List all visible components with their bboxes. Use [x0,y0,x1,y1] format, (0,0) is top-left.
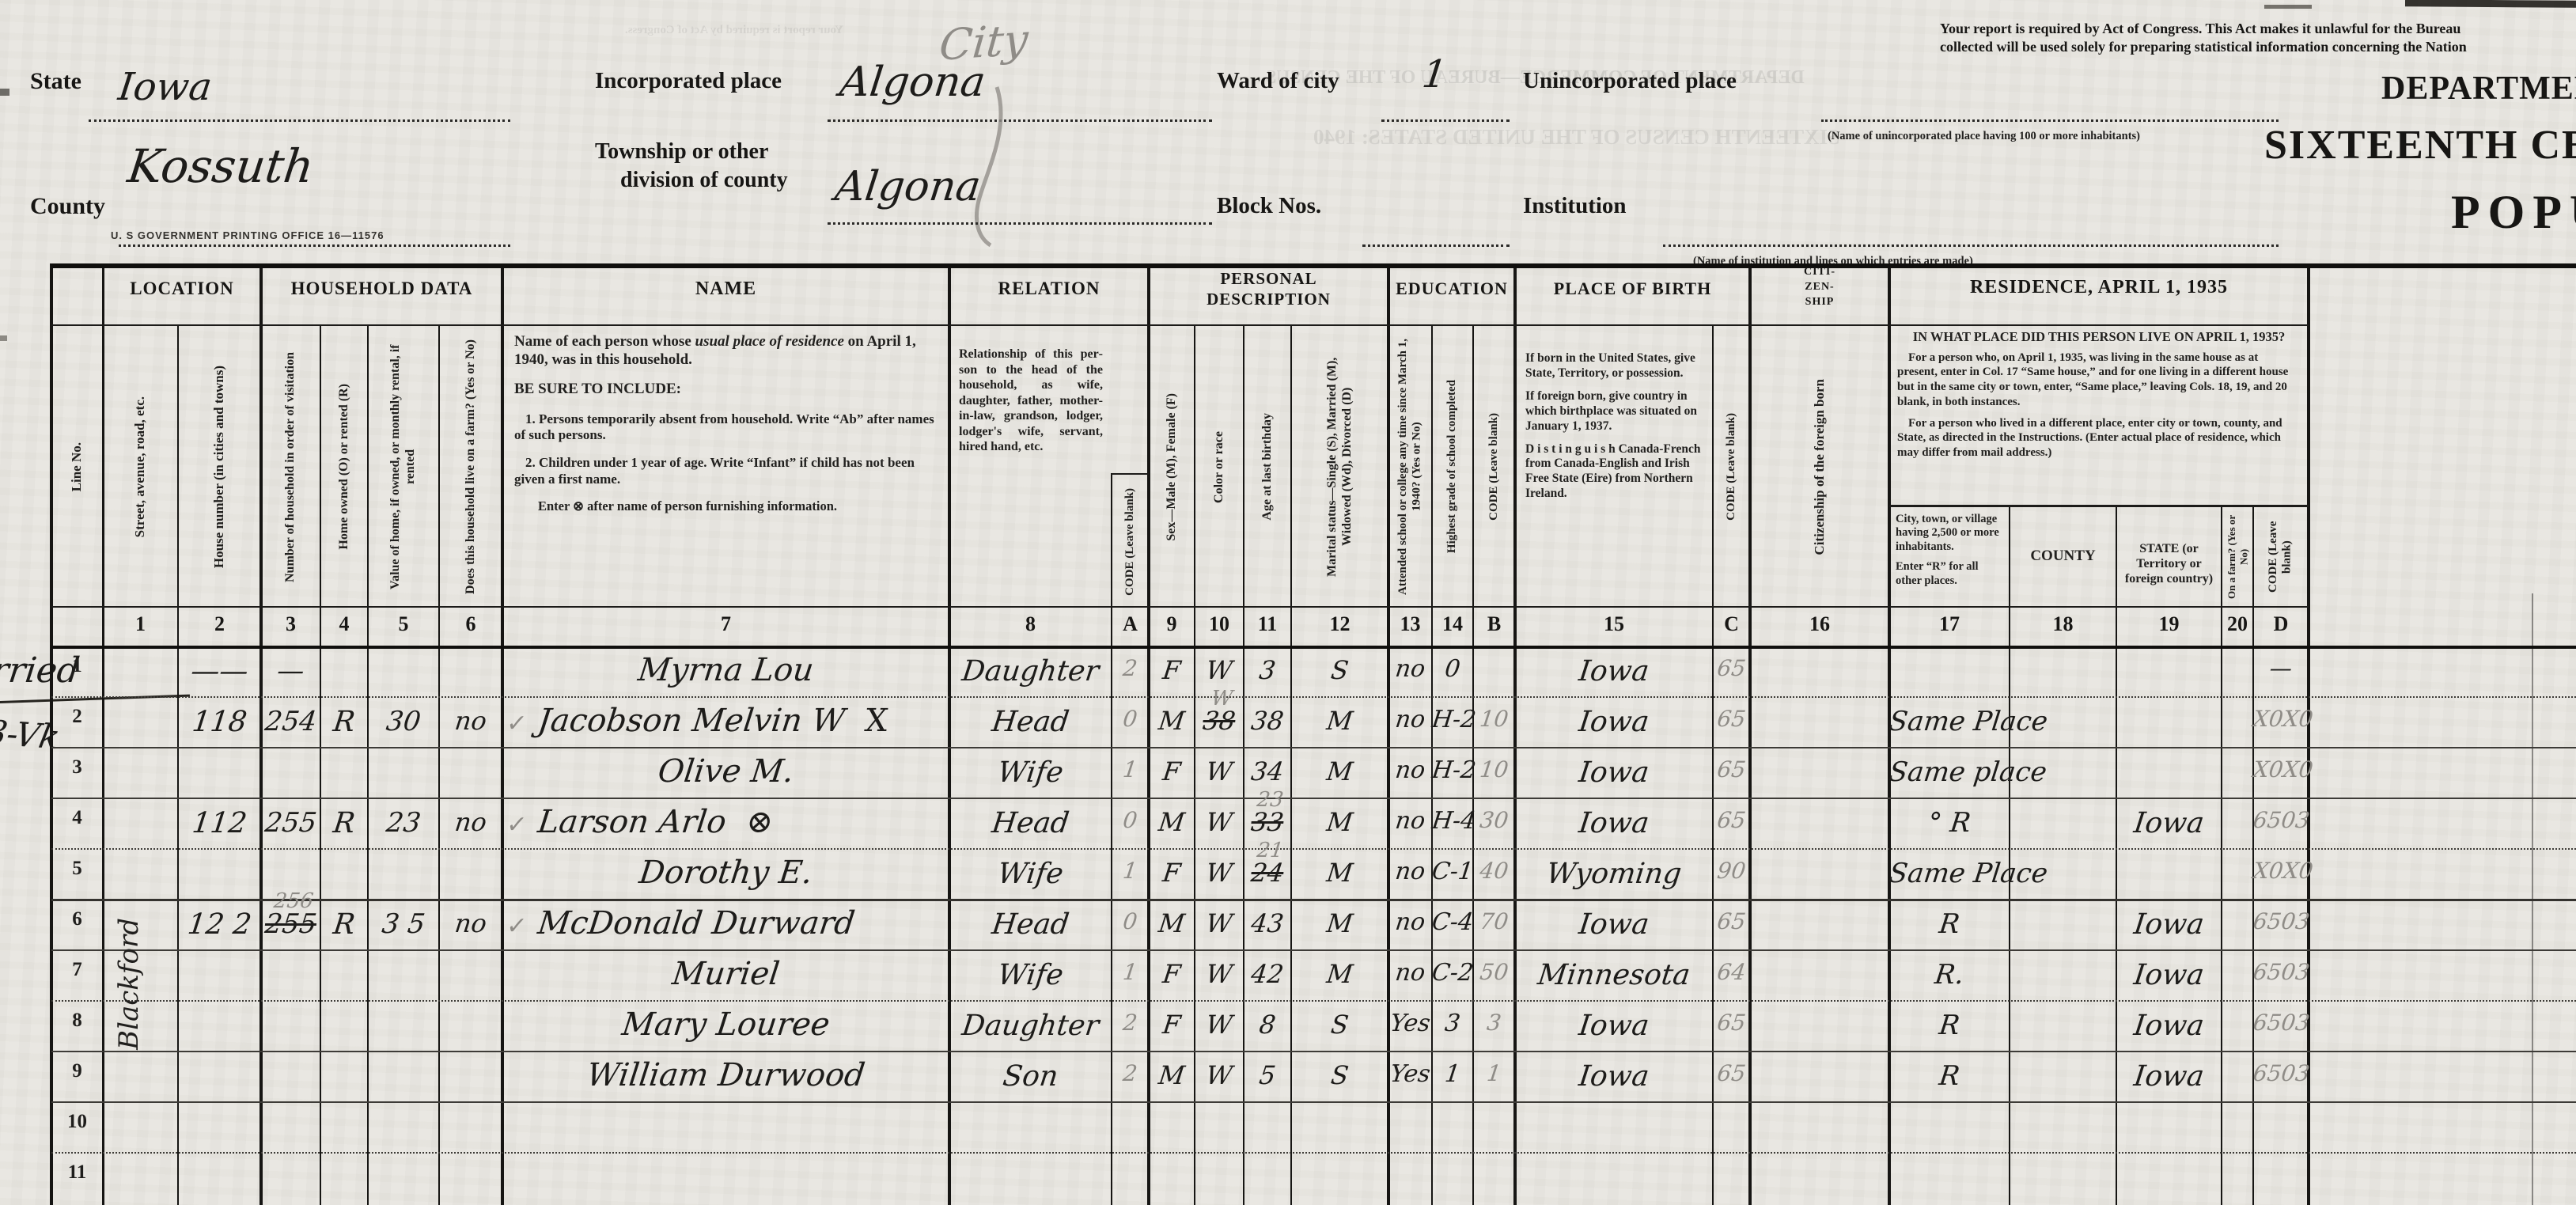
cell-farm-line2: no [438,706,505,736]
cell-code_b-line5: 40 [1472,858,1517,884]
table-row: 9Son2MW5SYes11Iowa65RIowa6503William Dur… [0,1051,2576,1101]
cell-code_a-line6: 0 [1110,908,1150,934]
act-of-congress-notice-line1: Your report is required by Act of Congre… [1940,21,2460,37]
cell-code_a-line8: 2 [1110,1010,1150,1036]
column-number-16: 16 [1750,612,1889,636]
cell-birthplace-line3: Iowa [1513,756,1714,789]
col-race: Color or race [1196,328,1242,606]
cell-value-line2: 30 [366,706,441,737]
col-code-d-text: CODE (Leave blank) [2267,513,2294,601]
scan-artifact [0,89,9,96]
grid-hline [51,606,2309,608]
cell-code_d-line2: X0X0 [2252,706,2310,732]
cell-household-line6: 256255 [259,908,323,940]
cell-sex-line7: F [1147,959,1197,989]
cell-relation-line7: Wife [947,959,1113,991]
ward-value: 1 [1420,52,1449,97]
gpo-imprint: U. S GOVERNMENT PRINTING OFFICE 16—11576 [111,229,385,241]
col-home-value: Value of home, if owned, or monthly rent… [369,328,438,606]
col-age-text: Age at last birthday [1260,413,1275,521]
cell-birthplace-line9: Iowa [1513,1060,1714,1093]
col-code-a-text: CODE (Leave blank) [1123,488,1138,596]
cell-relation-line4: Head [947,807,1113,839]
col-on-farm-text: Does this household live on a farm? (Yes… [464,339,479,594]
column-number-11: 11 [1244,612,1291,636]
cell-grade-line7: C-2 [1430,959,1475,987]
cell-code_c-line6: 65 [1711,908,1752,934]
cell-res_state-line8: Iowa [2114,1010,2223,1042]
group-personal-1: PERSONAL [1149,269,1388,289]
cell-relation-line3: Wife [947,756,1113,789]
cell-res_city-line7: R. [1888,959,2012,991]
cell-age-line7: 42 [1242,959,1294,989]
bleedthrough-text: SIXTEENTH CENSUS OF THE UNITED STATES: 1… [1313,125,1839,150]
column-number-1: 1 [103,612,178,636]
cell-code_d-line1: — [2252,655,2310,681]
cell-sex-line4: M [1147,807,1197,837]
cell-school-line1: no [1387,655,1434,683]
col-school-text: Attended school or college any time sinc… [1396,333,1424,601]
cell-grade-line9: 1 [1430,1060,1475,1088]
cell-house-line4: 112 [176,807,263,839]
cell-line-line3: 3 [51,756,103,779]
cell-value-line6: 3 5 [366,908,441,940]
col-code-c: CODE (Leave blank) [1714,328,1748,606]
cell-line-line11: 11 [51,1161,103,1184]
cell-race-line6: W [1193,908,1246,938]
cell-school-line8: Yes [1387,1010,1434,1037]
cell-birthplace-line7: Minnesota [1513,959,1714,991]
cell-code_b-line9: 1 [1472,1060,1517,1086]
scan-artifact [0,335,7,341]
cell-school-line3: no [1387,756,1434,784]
cell-age-line8: 8 [1242,1010,1294,1040]
cell-code_d-line3: X0X0 [2252,756,2310,782]
col-code-a: CODE (Leave blank) [1113,478,1147,606]
cell-name-line3: Olive M. [500,753,952,790]
cell-code_d-line6: 6503 [2252,908,2310,934]
population-title: POPU [2451,185,2576,240]
cell-marital-line9: S [1290,1060,1391,1090]
cell-marital-line8: S [1290,1010,1391,1040]
state-line [89,119,510,122]
cell-race-line1: W [1193,655,1246,685]
cell-code_c-line8: 65 [1711,1010,1752,1036]
col-res-state-header: STATE (or Territory or foreign country) [2119,541,2219,587]
col-res-city-header: City, town, or village having 2,500 or m… [1896,513,2005,596]
col-school: Attended school or college any time sinc… [1390,328,1430,606]
col-code-b: CODE (Leave blank) [1475,328,1513,606]
col-house-number: House number (in cities and towns) [180,328,259,606]
cell-school-line9: Yes [1387,1060,1434,1088]
unincorporated-caption: (Name of unincorporated place having 100… [1828,130,2140,143]
cell-sex-line1: F [1147,655,1197,685]
column-number-17: 17 [1889,612,2010,636]
cell-sex-line8: F [1147,1010,1197,1040]
cell-res_city-line5: Same Place [1888,858,2012,889]
cell-name-line9: William Durwood [500,1057,952,1093]
table-row: 8Daughter2FW8SYes33Iowa65RIowa6503Mary L… [0,1000,2576,1051]
group-citizenship: CITI- [1750,266,1889,279]
cell-code_b-line4: 30 [1472,807,1517,833]
cell-code_b-line7: 50 [1472,959,1517,985]
relation-instructions: Relationship of this per­son to the head… [959,347,1103,455]
cell-line-line2: 2 [51,706,103,728]
column-number-15: 15 [1515,612,1713,636]
col-grade: Highest grade of school completed [1434,328,1472,606]
cell-farm-line6: no [438,908,505,938]
cell-code_c-line1: 65 [1711,655,1752,681]
cell-birthplace-line8: Iowa [1513,1010,1714,1042]
cell-name-line1: Myrna Lou [500,652,952,688]
scan-artifact [2264,5,2312,9]
column-number-12: 12 [1291,612,1388,636]
unincorporated-line [1821,119,2279,122]
column-number-19: 19 [2116,612,2222,636]
cell-line-line6: 6 [51,908,103,930]
county-line [119,244,510,247]
cell-relation-line5: Wife [947,858,1113,890]
col-home-owned-text: Home owned (O) or rented (R) [337,384,352,550]
col-household-number-text: Number of household in order of visitati… [283,352,298,582]
census-title: SIXTEENTH CE [2264,122,2576,169]
cell-res_state-line9: Iowa [2114,1060,2223,1093]
group-name: NAME [502,279,949,300]
cell-birthplace-line6: Iowa [1513,908,1714,941]
cell-race-line7: W [1193,959,1246,989]
cell-birthplace-line5: Wyoming [1513,858,1714,890]
cell-relation-line9: Son [947,1060,1113,1093]
cell-house-line6: 12 2 [176,908,263,941]
cell-relation-line1: Daughter [947,655,1113,688]
cell-name-line4: ✓Larson Arlo⊗ [500,804,968,840]
cell-line-line9: 9 [51,1060,103,1082]
cell-sex-line2: M [1147,706,1197,736]
street-name-annotation: Blackford [106,892,152,1074]
cell-race-line8: W [1193,1010,1246,1040]
cell-code_d-line7: 6503 [2252,959,2310,985]
township-label-line2: division of county [620,168,788,193]
cell-grade-line8: 3 [1430,1010,1475,1037]
cell-relation-line2: Head [947,706,1113,738]
col-age: Age at last birthday [1245,328,1290,606]
township-label-line1: Township or other [595,139,768,165]
cell-house-line2: 118 [176,706,263,738]
block-label: Block Nos. [1217,193,1321,219]
cell-name-line6: ✓McDonald Durward [500,905,968,942]
cell-birthplace-line2: Iowa [1513,706,1714,738]
ward-label: Ward of city [1217,68,1339,94]
group-education: EDUCATION [1388,279,1515,299]
grid-hline [1112,473,1149,475]
table-row: 612 2256255R3 5noHead0MW43MnoC-470Iowa65… [0,899,2576,949]
cell-res_state-line7: Iowa [2114,959,2223,991]
table-row: 7Wife1FW42MnoC-250Minnesota64R.Iowa6503M… [0,949,2576,1000]
cell-code_d-line4: 6503 [2252,807,2310,833]
col-race-text: Color or race [1212,431,1227,503]
cell-code_b-line8: 3 [1472,1010,1517,1036]
cell-sex-line5: F [1147,858,1197,888]
col-grade-text: Highest grade of school completed [1445,380,1460,553]
column-number-7: 7 [502,612,949,636]
column-number-3: 3 [261,612,320,636]
cell-code_b-line2: 10 [1472,706,1517,732]
cell-race-line2: W38 [1193,706,1246,736]
cell-code_c-line3: 65 [1711,756,1752,782]
cell-marital-line6: M [1290,908,1391,938]
cell-code_b-line3: 10 [1472,756,1517,782]
cell-marital-line4: M [1290,807,1391,837]
column-number-C: C [1713,612,1750,636]
column-number-9: 9 [1149,612,1195,636]
cell-house-line1: —— [176,655,263,688]
cell-race-line3: W [1193,756,1246,786]
cell-household-line2: 254 [259,706,323,737]
col-marital-text: Marital status—Single (S), Married (M), … [1325,333,1355,601]
cell-relation-line6: Head [947,908,1113,941]
cell-res_city-line8: R [1888,1010,2012,1041]
cell-marital-line5: M [1290,858,1391,888]
ward-line [1381,119,1510,122]
col-res-county-header: COUNTY [2010,548,2116,565]
table-row: 2118254R30noHead0MW3838MnoH-210Iowa65Sam… [0,696,2576,747]
group-citizenship: ZEN- [1750,281,1889,294]
cell-res_state-line6: Iowa [2114,908,2223,941]
group-residence: RESIDENCE, APRIL 1, 1935 [1889,277,2309,298]
cell-grade-line5: C-1 [1430,858,1475,885]
cell-value-line4: 23 [366,807,441,839]
grid-hline [1889,505,2309,507]
cell-code_a-line4: 0 [1110,807,1150,833]
cell-code_a-line2: 0 [1110,706,1150,732]
col-line-no-text: Line No. [69,442,85,491]
cell-age-line9: 5 [1242,1060,1294,1090]
cell-line-line1: 1 [51,655,103,677]
street-name-annotation-text: Blackford [113,918,145,1050]
act-of-congress-notice-line2: collected will be used solely for prepar… [1940,39,2467,55]
cell-code_a-line9: 2 [1110,1060,1150,1086]
col-sex: Sex—Male (M), Female (F) [1150,328,1193,606]
cell-code_a-line3: 1 [1110,756,1150,782]
residence-instructions: IN WHAT PLACE DID THIS PERSON LIVE ON AP… [1897,329,2301,468]
cell-race-line5: W [1193,858,1246,888]
cell-school-line7: no [1387,959,1434,987]
column-number-5: 5 [368,612,439,636]
col-house-number-text: House number (in cities and towns) [211,366,227,568]
grid-hline [51,263,2576,268]
group-location: LOCATION [103,279,261,299]
cell-race-line4: W [1193,807,1246,837]
institution-line [1663,244,2279,247]
cell-owned-line2: R [318,706,369,738]
column-number-B: B [1473,612,1515,636]
unincorporated-label: Unincorporated place [1523,68,1737,94]
cell-name-line2: ✓Jacobson Melvin WX [500,703,968,739]
cell-res_city-line4: ° R [1888,807,2012,839]
column-number-20: 20 [2222,612,2253,636]
cell-code_a-line7: 1 [1110,959,1150,985]
cell-age-line1: 3 [1242,655,1294,685]
incorporated-place-pencil-note: City [938,14,1030,70]
cell-code_d-line5: X0X0 [2252,858,2310,884]
col-citizenship: Citizenship of the foreign born [1752,328,1888,606]
cell-sex-line6: M [1147,908,1197,938]
cell-age-line4: 2333 [1242,807,1294,837]
col-household-number: Number of household in order of visitati… [263,328,319,606]
col-sex-text: Sex—Male (M), Female (F) [1165,393,1180,541]
cell-birthplace-line4: Iowa [1513,807,1714,839]
cell-code_a-line5: 1 [1110,858,1150,884]
cell-school-line2: no [1387,706,1434,733]
cell-school-line4: no [1387,807,1434,835]
institution-label: Institution [1523,193,1627,219]
cell-age-line5: 2124 [1242,858,1294,888]
birthplace-instructions: If born in the United States, give State… [1525,351,1704,510]
cell-code_a-line1: 2 [1110,655,1150,681]
column-number-13: 13 [1388,612,1432,636]
cell-line-line4: 4 [51,807,103,829]
cell-age-line3: 34 [1242,756,1294,786]
cell-code_c-line9: 65 [1711,1060,1752,1086]
state-label: State [30,68,81,95]
cell-marital-line1: S [1290,655,1391,685]
cell-sex-line9: M [1147,1060,1197,1090]
cell-code_d-line8: 6503 [2252,1010,2310,1036]
table-row: 5Wife1FW2124MnoC-140Wyoming90Same PlaceX… [0,848,2576,899]
cell-age-line2: 38 [1242,706,1294,736]
column-number-18: 18 [2010,612,2116,636]
col-street: Street, avenue, road, etc. [104,328,176,606]
column-number-A: A [1112,612,1149,636]
cell-owned-line4: R [318,807,369,839]
cell-code_c-line5: 90 [1711,858,1752,884]
group-household-data: HOUSEHOLD DATA [261,279,502,299]
table-row: 11 [0,1152,2576,1203]
cell-code_c-line7: 64 [1711,959,1752,985]
cell-line-line8: 8 [51,1010,103,1032]
column-number-8: 8 [949,612,1112,636]
county-label: County [30,193,105,220]
group-place-of-birth: PLACE OF BIRTH [1515,279,1750,299]
cell-grade-line1: 0 [1430,655,1475,683]
col-line-no: Line No. [53,328,101,606]
department-title: DEPARTMENT [2381,70,2576,108]
cell-owned-line6: R [318,908,369,941]
table-row: 10 [0,1101,2576,1152]
cell-grade-line4: H-4 [1430,807,1475,835]
cell-name-line7: Muriel [500,956,952,992]
col-on-farm: Does this household live on a farm? (Yes… [441,328,501,606]
cell-res_state-line4: Iowa [2114,807,2223,839]
cell-name-line8: Mary Louree [500,1006,952,1043]
table-row: 1———Daughter2FW3Sno0Iowa65—Myrna Lou [0,646,2576,696]
group-personal-2: DESCRIPTION [1149,290,1388,309]
name-instructions: Name of each person whose usual place of… [514,332,938,523]
census-page-scan: Your report is required by Act of Congre… [0,0,2576,1205]
cell-relation-line8: Daughter [947,1010,1113,1042]
col-res-farm: On a farm? (Yes or No) [2223,508,2252,606]
cell-marital-line3: M [1290,756,1391,786]
cell-res_city-line9: R [1888,1060,2012,1092]
cell-res_city-line3: Same place [1888,756,2012,788]
cell-sex-line3: F [1147,756,1197,786]
cell-line-line5: 5 [51,858,103,880]
col-home-value-text: Value of home, if owned, or monthly rent… [388,333,419,601]
cell-name-line5: Dorothy E. [500,854,952,891]
col-res-farm-text: On a farm? (Yes or No) [2226,513,2250,601]
block-line [1362,244,1510,247]
scan-artifact [2405,0,2576,8]
cell-code_c-line2: 65 [1711,706,1752,732]
cell-grade-line6: C-4 [1430,908,1475,936]
col-code-d: CODE (Leave blank) [2255,508,2307,606]
state-value: Iowa [116,65,214,109]
cell-birthplace-line1: Iowa [1513,655,1714,688]
township-value: Algona [832,163,983,210]
cell-res_city-line6: R [1888,908,2012,940]
col-marital: Marital status—Single (S), Married (M), … [1293,328,1387,606]
cell-marital-line2: M [1290,706,1391,736]
col-code-c-text: CODE (Leave blank) [1725,413,1739,521]
cell-farm-line4: no [438,807,505,837]
group-relation: RELATION [949,279,1149,299]
column-number-D: D [2253,612,2309,636]
column-number-6: 6 [439,612,502,636]
cell-line-line7: 7 [51,959,103,981]
cell-household-line4: 255 [259,807,323,839]
cell-marital-line7: M [1290,959,1391,989]
cell-res_city-line2: Same Place [1888,706,2012,737]
cell-code_d-line9: 6503 [2252,1060,2310,1086]
cell-household-line1: — [259,655,323,687]
cell-age-line6: 43 [1242,908,1294,938]
cell-race-line9: W [1193,1060,1246,1090]
cell-code_b-line6: 70 [1472,908,1517,934]
cell-grade-line2: H-2 [1430,706,1475,733]
col-home-owned: Home owned (O) or rented (R) [322,328,366,606]
grid-hline [51,324,2309,326]
col-code-b-text: CODE (Leave blank) [1487,413,1502,521]
column-number-2: 2 [178,612,261,636]
column-number-10: 10 [1195,612,1244,636]
township-line [828,222,1212,225]
cell-grade-line3: H-2 [1430,756,1475,784]
county-value: Kossuth [125,139,317,193]
group-citizenship: SHIP [1750,296,1889,309]
cell-code_c-line4: 65 [1711,807,1752,833]
col-street-text: Street, avenue, road, etc. [132,396,148,537]
cell-school-line6: no [1387,908,1434,936]
incorporated-place-label: Incorporated place [595,68,782,94]
cell-school-line5: no [1387,858,1434,885]
bleedthrough-text: Your report is required by Act of Congre… [625,24,843,37]
column-number-4: 4 [320,612,368,636]
column-number-14: 14 [1432,612,1473,636]
cell-line-line10: 10 [51,1111,103,1133]
col-citizenship-text: Citizenship of the foreign born [1812,379,1828,555]
